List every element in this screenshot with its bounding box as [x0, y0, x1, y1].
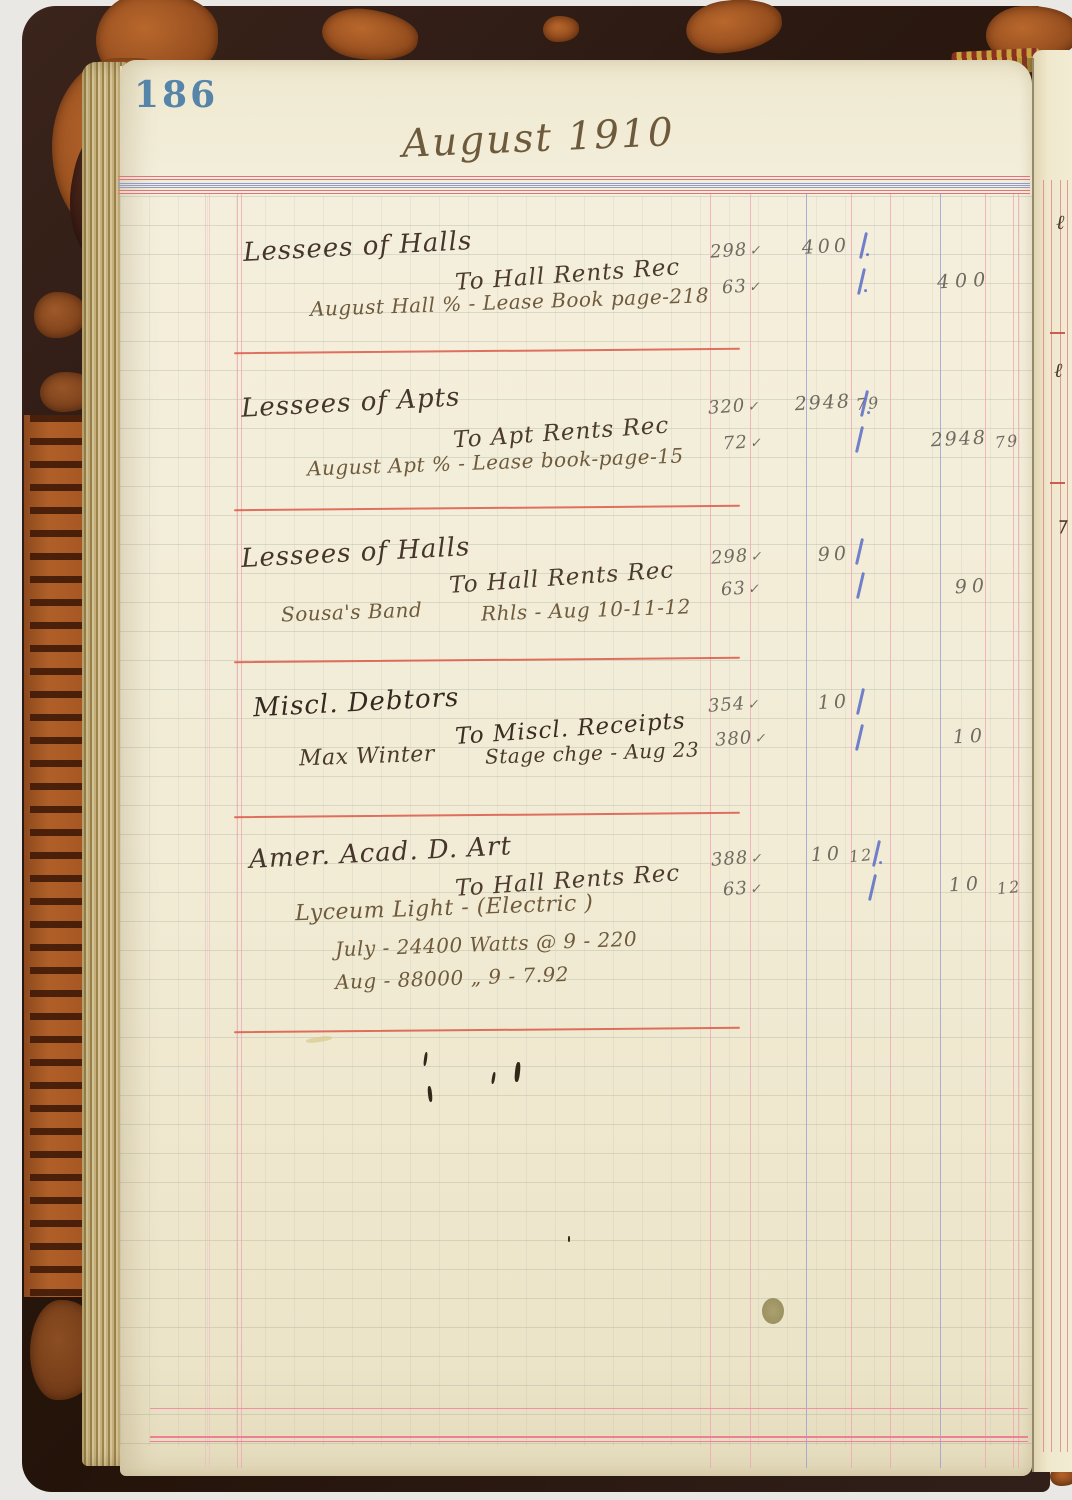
column-rule: [1067, 180, 1068, 1452]
ledger-entry: Miscl. Debtors 354✓ 10 To Miscl. Receipt…: [237, 686, 1037, 856]
debit-dollars: 10: [784, 842, 843, 867]
credit-cents: 12: [996, 877, 1022, 898]
entry-memo-left: Sousa's Band: [281, 598, 423, 627]
folio-debit: 298✓: [709, 238, 762, 263]
credit-dollars: 90: [936, 575, 989, 600]
credit-dollars: 400: [936, 269, 989, 294]
check-mark: ✓: [754, 731, 767, 747]
folio-number: 63: [721, 276, 747, 299]
bottom-rule: [150, 1436, 1028, 1438]
posting-tick-icon: [857, 268, 866, 295]
entry-contra-account: To Hall Rents Rec: [448, 557, 675, 599]
folio-credit: 72✓: [722, 431, 762, 455]
facing-page-edge: ℓ ℓ ⁊: [1032, 50, 1072, 1472]
debit-dollars: 400: [787, 234, 850, 259]
entry-account: Lessees of Apts: [240, 382, 461, 423]
entry-detail-line: Aug - 88000 „ 9 - 7.92: [335, 962, 570, 994]
entry-memo: August Apt % - Lease book-page-15: [307, 443, 684, 480]
check-mark: ✓: [750, 882, 763, 898]
page-number: 186: [134, 74, 218, 116]
ledger-entry: Lessees of Halls 298✓ 90 To Hall Rents R…: [237, 536, 1037, 706]
folio-number: 63: [720, 578, 746, 601]
ledger-entry: Lessees of Halls 298✓ 400 To Hall Rents …: [237, 230, 1037, 400]
entry-account: Lessees of Halls: [242, 226, 473, 268]
folio-credit: 63✓: [720, 577, 760, 601]
check-mark: ✓: [750, 851, 763, 867]
column-rule: [205, 194, 206, 1468]
partial-handwriting: ℓ: [1056, 210, 1064, 235]
entry-account: Amer. Acad. D. Art: [248, 831, 512, 875]
folio-debit: 388✓: [710, 846, 763, 871]
stain-spot: [762, 1298, 784, 1324]
header-rules: [118, 176, 1030, 194]
ink-speck: [568, 1236, 570, 1242]
check-mark: ✓: [747, 399, 760, 415]
photo-of-ledger: ℓ ℓ ⁊ 186 August 1910 Lessees of Halls 2…: [0, 0, 1072, 1500]
posting-tick-icon: [856, 572, 865, 599]
folio-credit: 63✓: [722, 877, 762, 901]
red-separator-fragment: [1050, 482, 1065, 484]
posting-tick-icon: [855, 538, 864, 565]
check-mark: ✓: [748, 582, 761, 598]
folio-number: 380: [714, 727, 753, 751]
folio-number: 388: [710, 847, 749, 871]
entry-memo-left: Max Winter: [299, 742, 436, 772]
posting-tick-icon: [855, 724, 864, 751]
debit-dollars: 90: [787, 542, 850, 567]
folio-credit: 380✓: [714, 726, 767, 751]
folio-number: 63: [722, 878, 748, 901]
credit-dollars: 2948: [928, 426, 987, 451]
folio-number: 320: [707, 395, 746, 419]
entry-memo: Lyceum Light - (Electric ): [295, 891, 594, 926]
entry-account: Lessees of Halls: [240, 532, 471, 574]
debit-dollars: 10: [787, 690, 850, 715]
entry-memo-right: Rhls - Aug 10-11-12: [481, 594, 692, 625]
column-rule: [209, 194, 210, 1468]
credit-dollars: 10: [930, 873, 983, 898]
column-rule: [1051, 180, 1052, 1452]
credit-cents: 79: [994, 431, 1020, 452]
posting-tick-icon: [856, 688, 865, 715]
entry-detail-line: July - 24400 Watts @ 9 - 220: [335, 927, 638, 962]
bottom-rule: [150, 1408, 1028, 1409]
folio-number: 354: [707, 693, 746, 717]
check-mark: ✓: [750, 436, 763, 452]
red-separator-fragment: [1050, 332, 1065, 334]
check-mark: ✓: [749, 243, 762, 259]
debit-dollars: 2948: [784, 390, 851, 415]
ledger-entry: Lessees of Apts 320✓ 2948 79 To Apt Rent…: [237, 386, 1037, 556]
folio-number: 72: [722, 432, 748, 455]
partial-handwriting: ℓ: [1054, 358, 1062, 383]
bottom-rule: [150, 1441, 1028, 1442]
folio-number: 298: [710, 545, 749, 569]
posting-tick-icon: [868, 874, 877, 901]
posting-tick-icon: [872, 840, 881, 867]
check-mark: ✓: [750, 549, 763, 565]
folio-number: 298: [709, 239, 748, 263]
posting-tick-icon: [855, 426, 864, 453]
folio-credit: 63✓: [721, 275, 761, 299]
debit-cents: 12: [848, 845, 874, 866]
ledger-entry: Amer. Acad. D. Art 388✓ 10 12 To Hall Re…: [237, 836, 1037, 1006]
check-mark: ✓: [747, 697, 760, 713]
folio-debit: 298✓: [710, 544, 763, 569]
check-mark: ✓: [749, 280, 762, 296]
partial-handwriting: ⁊: [1056, 512, 1066, 536]
folio-debit: 320✓: [707, 394, 760, 419]
posting-tick-icon: [859, 232, 868, 259]
entry-account: Miscl. Debtors: [252, 683, 460, 724]
folio-debit: 354✓: [707, 692, 760, 717]
column-rule: [1043, 180, 1044, 1452]
credit-dollars: 10: [934, 725, 987, 750]
